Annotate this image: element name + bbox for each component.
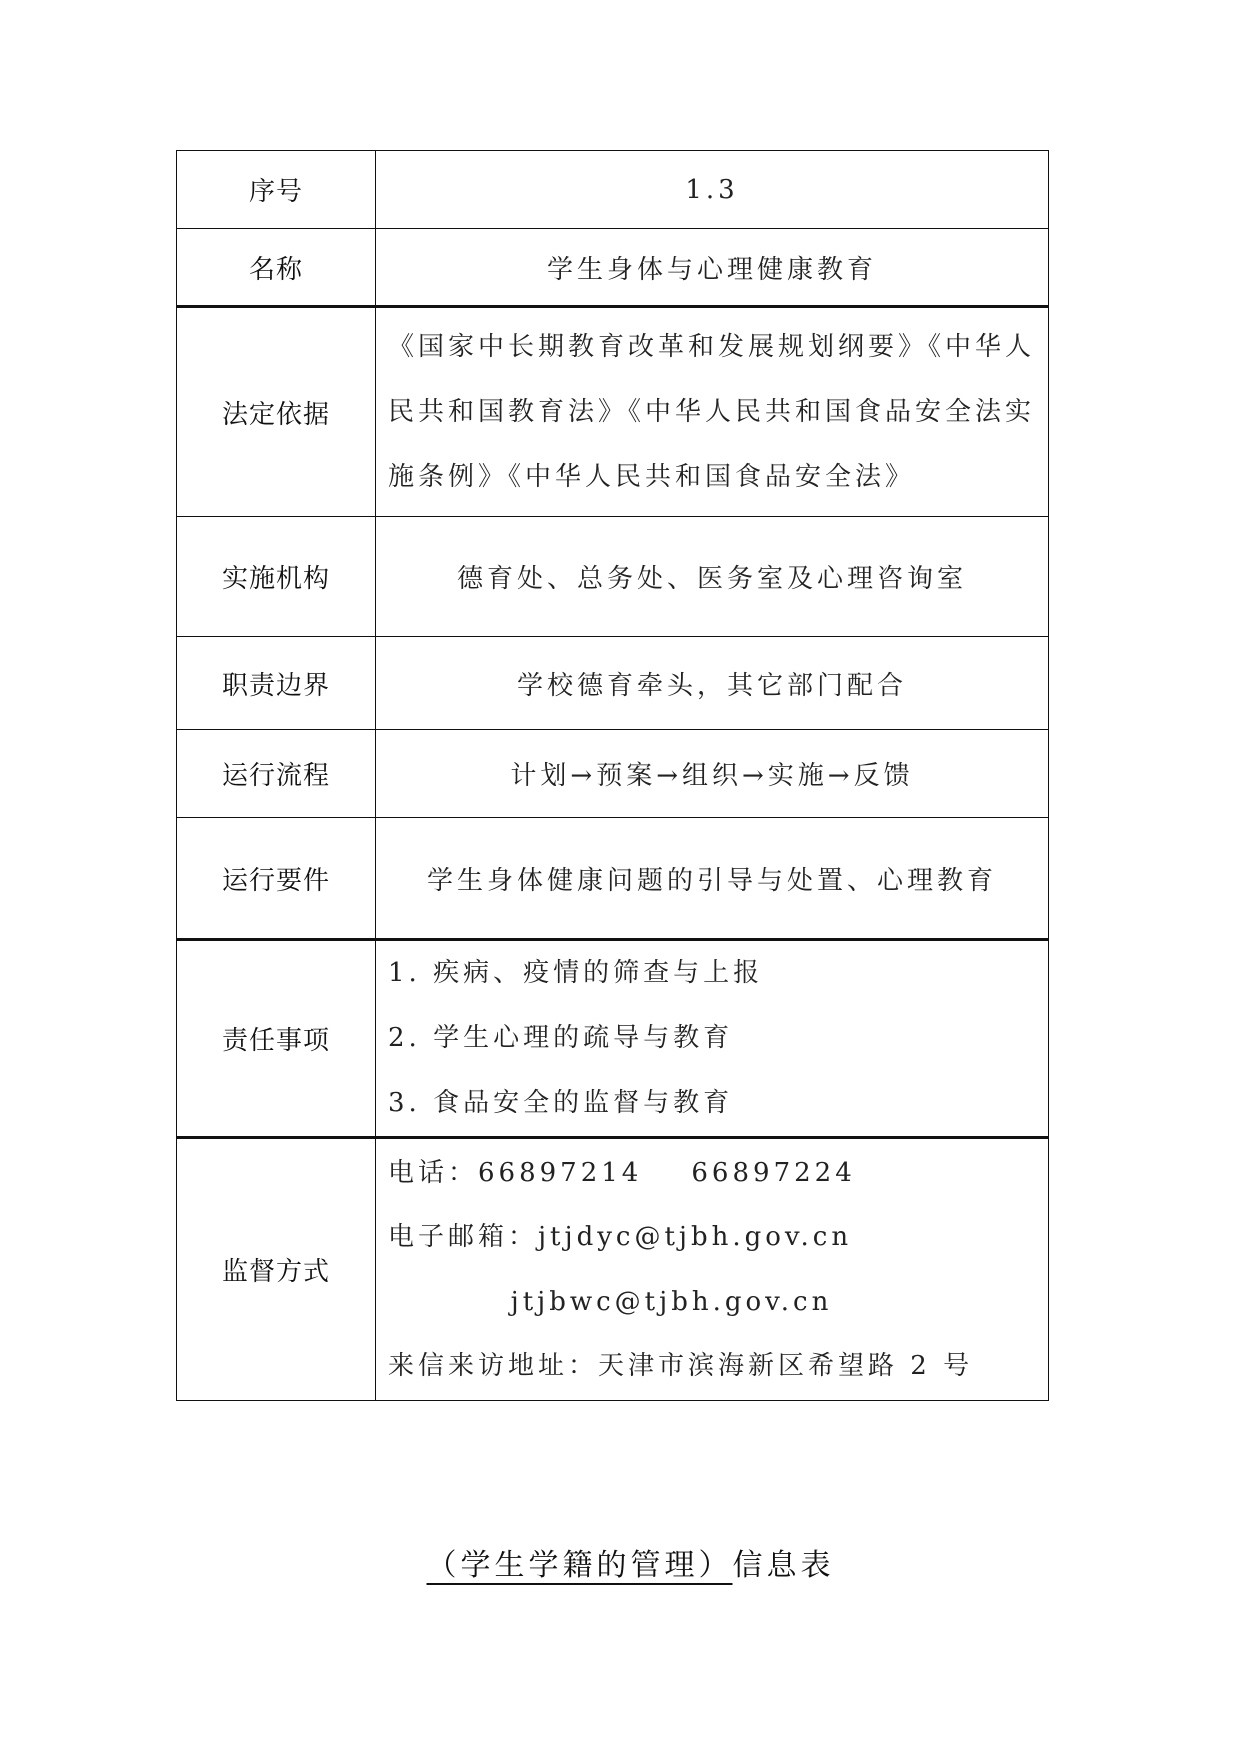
- row-label: 法定依据: [177, 307, 376, 517]
- table-row-serial: 序号 1.3: [177, 151, 1049, 229]
- table-row-duties: 责任事项 1. 疾病、疫情的筛查与上报 2. 学生心理的疏导与教育 3. 食品安…: [177, 940, 1049, 1138]
- duty-item: 3. 食品安全的监督与教育: [388, 1071, 1048, 1136]
- section-title-underlined: （学生学籍的管理）: [407, 1548, 733, 1583]
- phone-line: 电话：66897214 66897224: [388, 1141, 1048, 1206]
- table-row-responsibility-boundary: 职责边界 学校德育牵头，其它部门配合: [177, 637, 1049, 730]
- table-row-requirements: 运行要件 学生身体健康问题的引导与处置、心理教育: [177, 818, 1049, 940]
- document-page: 序号 1.3 名称 学生身体与心理健康教育 法定依据 《国家中长期教育改革和发展…: [0, 0, 1241, 1754]
- duty-item: 1. 疾病、疫情的筛查与上报: [388, 941, 1048, 1006]
- address-line: 来信来访地址：天津市滨海新区希望路 2 号: [388, 1334, 1048, 1399]
- row-label: 运行流程: [177, 730, 376, 818]
- row-label: 实施机构: [177, 517, 376, 637]
- legal-basis: 《国家中长期教育改革和发展规划纲要》《中华人 民共和国教育法》《中华人民共和国食…: [376, 307, 1049, 517]
- row-label: 名称: [177, 229, 376, 307]
- email-line: 电子邮箱：jtjdyc@tjbh.gov.cn: [388, 1205, 1048, 1270]
- serial-number: 1.3: [376, 151, 1049, 229]
- operating-process: 计划→预案→组织→实施→反馈: [376, 730, 1049, 818]
- row-label: 职责边界: [177, 637, 376, 730]
- legal-basis-line: 民共和国教育法》《中华人民共和国食品安全法实: [388, 380, 1048, 445]
- table-row-agency: 实施机构 德育处、总务处、医务室及心理咨询室: [177, 517, 1049, 637]
- next-section-title: （学生学籍的管理）信息表: [0, 1540, 1241, 1584]
- table-row-name: 名称 学生身体与心理健康教育: [177, 229, 1049, 307]
- implementing-agency: 德育处、总务处、医务室及心理咨询室: [376, 517, 1049, 637]
- section-title-suffix: 信息表: [733, 1548, 835, 1583]
- info-table: 序号 1.3 名称 学生身体与心理健康教育 法定依据 《国家中长期教育改革和发展…: [176, 150, 1049, 1401]
- row-label: 序号: [177, 151, 376, 229]
- operating-requirements: 学生身体健康问题的引导与处置、心理教育: [376, 818, 1049, 940]
- supervision-methods: 电话：66897214 66897224 电子邮箱：jtjdyc@tjbh.go…: [376, 1138, 1049, 1401]
- duty-list: 1. 疾病、疫情的筛查与上报 2. 学生心理的疏导与教育 3. 食品安全的监督与…: [376, 940, 1049, 1138]
- table-row-process: 运行流程 计划→预案→组织→实施→反馈: [177, 730, 1049, 818]
- responsibility-boundary: 学校德育牵头，其它部门配合: [376, 637, 1049, 730]
- duty-item: 2. 学生心理的疏导与教育: [388, 1006, 1048, 1071]
- legal-basis-line: 施条例》《中华人民共和国食品安全法》: [388, 445, 1048, 510]
- row-label: 运行要件: [177, 818, 376, 940]
- table-row-legal-basis: 法定依据 《国家中长期教育改革和发展规划纲要》《中华人 民共和国教育法》《中华人…: [177, 307, 1049, 517]
- email-line-2: jtjbwc@tjbh.gov.cn: [388, 1270, 1048, 1335]
- table-row-supervision: 监督方式 电话：66897214 66897224 电子邮箱：jtjdyc@tj…: [177, 1138, 1049, 1401]
- row-label: 责任事项: [177, 940, 376, 1138]
- row-label: 监督方式: [177, 1138, 376, 1401]
- item-name: 学生身体与心理健康教育: [376, 229, 1049, 307]
- legal-basis-line: 《国家中长期教育改革和发展规划纲要》《中华人: [388, 315, 1048, 380]
